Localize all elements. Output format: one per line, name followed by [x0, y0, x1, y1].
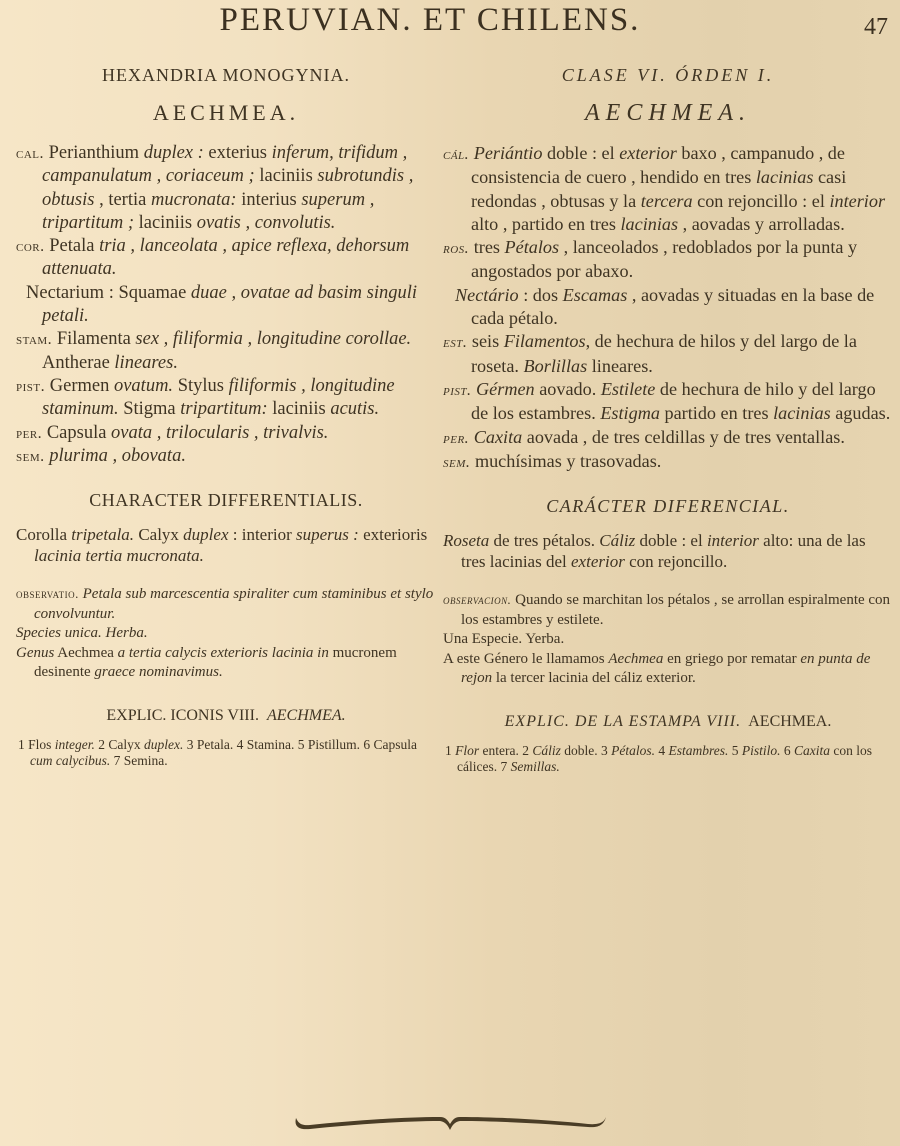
entry-label: observatio. [16, 586, 79, 601]
italic-text: Cáliz [532, 743, 561, 758]
italic-text: plurima , obovata. [49, 446, 186, 466]
text: Petala [45, 236, 99, 256]
italic-text: Caxita [474, 427, 523, 447]
observation-line: Genus Aechmea a tertia calycis exteriori… [16, 644, 436, 683]
description-entry: sem. plurima , obovata. [16, 445, 436, 468]
italic-text: Cáliz [599, 531, 635, 550]
italic-text: lacinias [756, 167, 814, 187]
italic-text: Estilete [601, 379, 656, 399]
text: Una Especie. Yerba. [443, 631, 564, 647]
text: A este Género le llamamos [443, 651, 608, 667]
running-title: PERUVIAN. ET CHILENS. [200, 2, 660, 39]
description-entry: pist. Germen ovatum. Stylus filiformis ,… [16, 375, 436, 422]
text: con rejoncillo. [625, 552, 727, 571]
italic-text: exterior [619, 143, 677, 163]
italic-text: cum calycibus. [30, 753, 110, 768]
explic-heading: EXPLIC. ICONIS VIII. AECHMEA. [16, 705, 436, 727]
observation-line: Una Especie. Yerba. [443, 630, 893, 650]
text: doble : el [635, 531, 707, 550]
text: tres [469, 237, 504, 257]
description-entry: per. Caxita aovada , de tres celdillas y… [443, 426, 893, 450]
italic-text: mucronata: [151, 190, 237, 210]
italic-text: Pistilo. [742, 743, 781, 758]
class-heading: CLASE VI. ÓRDEN I. [443, 60, 893, 90]
entry-label: stam. [16, 331, 52, 348]
italic-text: superus : [296, 525, 359, 544]
italic-text: graece nominavimus. [94, 664, 222, 680]
latin-column: HEXANDRIA MONOGYNIA. AECHMEA. cal. Peria… [16, 60, 436, 769]
text: 2 Calyx [95, 737, 144, 752]
description-entry: est. seis Filamentos, de hechura de hilo… [443, 330, 893, 378]
entry-label: pist. [443, 382, 472, 399]
italic-text: Filamentos [504, 331, 586, 351]
text: partido en tres [660, 403, 773, 423]
italic-text: Borlillas [524, 356, 588, 376]
italic-text: Flor [455, 743, 479, 758]
italic-text: Semillas. [511, 759, 560, 774]
italic-text: ovatum. [114, 376, 173, 396]
text: de tres pétalos. [489, 531, 599, 550]
text: Corolla [16, 525, 71, 544]
description-entry: stam. Filamenta sex , filiformia , longi… [16, 328, 436, 375]
differential-heading: CHARACTER DIFFERENTIALIS. [16, 488, 436, 512]
text: entera. 2 [479, 743, 532, 758]
italic-text: Periántio [474, 143, 543, 163]
text: agudas. [831, 403, 891, 423]
text: Aechmea [54, 645, 117, 661]
explic-text: 1 Flos integer. 2 Calyx duplex. 3 Petala… [16, 737, 436, 769]
italic-text: exterior [571, 552, 625, 571]
italic-text: tercera [641, 191, 693, 211]
differential-heading: CARÁCTER DIFERENCIAL. [443, 494, 893, 518]
differential-text: Roseta de tres pétalos. Cáliz doble : el… [443, 530, 893, 572]
italic-text: Species unica. Herba. [16, 625, 148, 641]
text: : interior [229, 525, 297, 544]
entry-label: cal. [16, 145, 44, 162]
text: la tercer lacinia del cáliz exterior. [492, 670, 696, 686]
italic-text: duplex. [144, 737, 183, 752]
text: interius [237, 190, 302, 210]
italic-text: lacinias [773, 403, 831, 423]
text: , tertia [94, 190, 151, 210]
italic-text: Aechmea [608, 651, 663, 667]
explic-heading-italic: EXPLIC. DE LA ESTAMPA VIII. [505, 713, 741, 730]
italic-text: interior [829, 191, 885, 211]
text: en griego por rematar [663, 651, 800, 667]
text: 5 [728, 743, 742, 758]
italic-text: Pétalos. [611, 743, 655, 758]
text: 1 Flos [18, 737, 55, 752]
text: Quando se marchitan los pétalos , se arr… [461, 592, 890, 628]
text: Nectarium : Squamae [26, 283, 191, 303]
italic-text: ovatis , convolutis. [197, 213, 336, 233]
italic-text: duplex : [144, 143, 204, 163]
entry-label: observacion. [443, 592, 511, 607]
italic-text: Nectário [455, 285, 519, 305]
italic-text: Estambres. [669, 743, 729, 758]
text: aovada , de tres celdillas y de tres ven… [522, 427, 845, 447]
text: Stylus [173, 376, 229, 396]
explic-text: 1 Flor entera. 2 Cáliz doble. 3 Pétalos.… [443, 743, 893, 775]
text: lineares. [587, 356, 653, 376]
text: seis [467, 331, 503, 351]
text: exterius [204, 143, 272, 163]
spanish-column: CLASE VI. ÓRDEN I. AECHMEA. cál. Periánt… [443, 60, 893, 775]
class-heading: HEXANDRIA MONOGYNIA. [16, 60, 436, 90]
italic-text: inferum, [272, 143, 334, 163]
description-entries: cál. Periántio doble : el exterior baxo … [443, 142, 893, 474]
italic-text: Caxita [794, 743, 830, 758]
italic-text: tripartitum: [180, 399, 267, 419]
italic-text: Estigma [600, 403, 660, 423]
description-entry: cor. Petala tria , lanceolata , apice re… [16, 235, 436, 282]
observation-line: Species unica. Herba. [16, 624, 436, 644]
text: Capsula [42, 423, 111, 443]
italic-text: tripetala. [71, 525, 134, 544]
description-entry: cal. Perianthium duplex : exterius infer… [16, 142, 436, 235]
differential-text: Corolla tripetala. Calyx duplex : interi… [16, 524, 436, 566]
description-entry: Nectário : dos Escamas , aovadas y situa… [443, 284, 893, 331]
text: Germen [45, 376, 114, 396]
observation-line: observacion. Quando se marchitan los pét… [443, 590, 893, 630]
italic-text: Roseta [443, 531, 489, 550]
text: aovado. [535, 379, 601, 399]
text: alto , partido en tres [471, 214, 621, 234]
italic-text: a tertia calycis exterioris lacinia in [118, 645, 329, 661]
description-entries: cal. Perianthium duplex : exterius infer… [16, 142, 436, 468]
italic-text: duplex [183, 525, 228, 544]
italic-text: Gérmen [476, 379, 535, 399]
explic-heading-italic: AECHMEA. [267, 707, 346, 724]
bracket-flourish-icon [290, 1112, 610, 1142]
italic-text: integer. [55, 737, 95, 752]
text: muchísimas y trasovadas. [470, 451, 661, 471]
entry-label: est. [443, 334, 467, 351]
entry-label: cál. [443, 146, 469, 163]
entry-label: sem. [16, 448, 45, 465]
text: laciniis [134, 213, 197, 233]
italic-text: sex , filiformia , longitudine corollae. [135, 329, 411, 349]
text: laciniis [268, 399, 331, 419]
observation-line: observatio. Petala sub marcescentia spir… [16, 584, 436, 624]
italic-text: acutis. [330, 399, 379, 419]
description-entry: cál. Periántio doble : el exterior baxo … [443, 142, 893, 236]
text: , aovadas y arrolladas. [678, 214, 845, 234]
italic-text: lacinia tertia mucronata. [34, 546, 204, 565]
page-number: 47 [864, 14, 888, 41]
explic-heading: EXPLIC. DE LA ESTAMPA VIII. AECHMEA. [443, 711, 893, 733]
italic-text: Escamas [563, 285, 628, 305]
italic-text: Genus [16, 645, 54, 661]
text: Filamenta [52, 329, 135, 349]
text: 7 Semina. [110, 753, 167, 768]
text: con rejoncillo : el [693, 191, 830, 211]
text: laciniis [255, 166, 318, 186]
italic-text: ovata , trilocularis , trivalvis. [111, 423, 328, 443]
entry-label: per. [16, 425, 42, 442]
description-entry: Nectarium : Squamae duae , ovatae ad bas… [16, 282, 436, 329]
genus-heading: AECHMEA. [443, 92, 893, 134]
observations: observacion. Quando se marchitan los pét… [443, 590, 893, 689]
description-entry: pist. Gérmen aovado. Estilete de hechura… [443, 378, 893, 426]
text: Perianthium [44, 143, 144, 163]
italic-text: lacinias [621, 214, 679, 234]
explic-heading-plain: EXPLIC. ICONIS VIII. [106, 707, 259, 724]
italic-text: Petala sub marcescentia spiraliter cum s… [34, 586, 433, 622]
entry-label: pist. [16, 378, 45, 395]
entry-label: ros. [443, 240, 469, 257]
text: doble : el [542, 143, 619, 163]
page-header: PERUVIAN. ET CHILENS. 47 [0, 0, 900, 50]
description-entry: per. Capsula ovata , trilocularis , triv… [16, 422, 436, 445]
text: 6 [781, 743, 795, 758]
text: Stigma [119, 399, 181, 419]
italic-text: interior [707, 531, 759, 550]
entry-label: sem. [443, 454, 470, 471]
text: : dos [519, 285, 563, 305]
explic-heading-plain: AECHMEA. [748, 713, 831, 730]
observation-line: A este Género le llamamos Aechmea en gri… [443, 650, 893, 689]
text: Antherae [42, 353, 114, 373]
text: Calyx [134, 525, 183, 544]
observations: observatio. Petala sub marcescentia spir… [16, 584, 436, 683]
text: exterioris [359, 525, 427, 544]
entry-label: per. [443, 430, 469, 447]
italic-text: Pétalos [505, 237, 560, 257]
description-entry: ros. tres Pétalos , lanceolados , redobl… [443, 236, 893, 284]
entry-label: cor. [16, 238, 45, 255]
description-entry: sem. muchísimas y trasovadas. [443, 450, 893, 474]
text: 1 [445, 743, 455, 758]
text: doble. 3 [561, 743, 611, 758]
text: 3 Petala. 4 Stamina. 5 Pistillum. 6 Caps… [183, 737, 417, 752]
text: 4 [655, 743, 669, 758]
genus-heading: AECHMEA. [16, 92, 436, 134]
italic-text: lineares. [114, 353, 178, 373]
